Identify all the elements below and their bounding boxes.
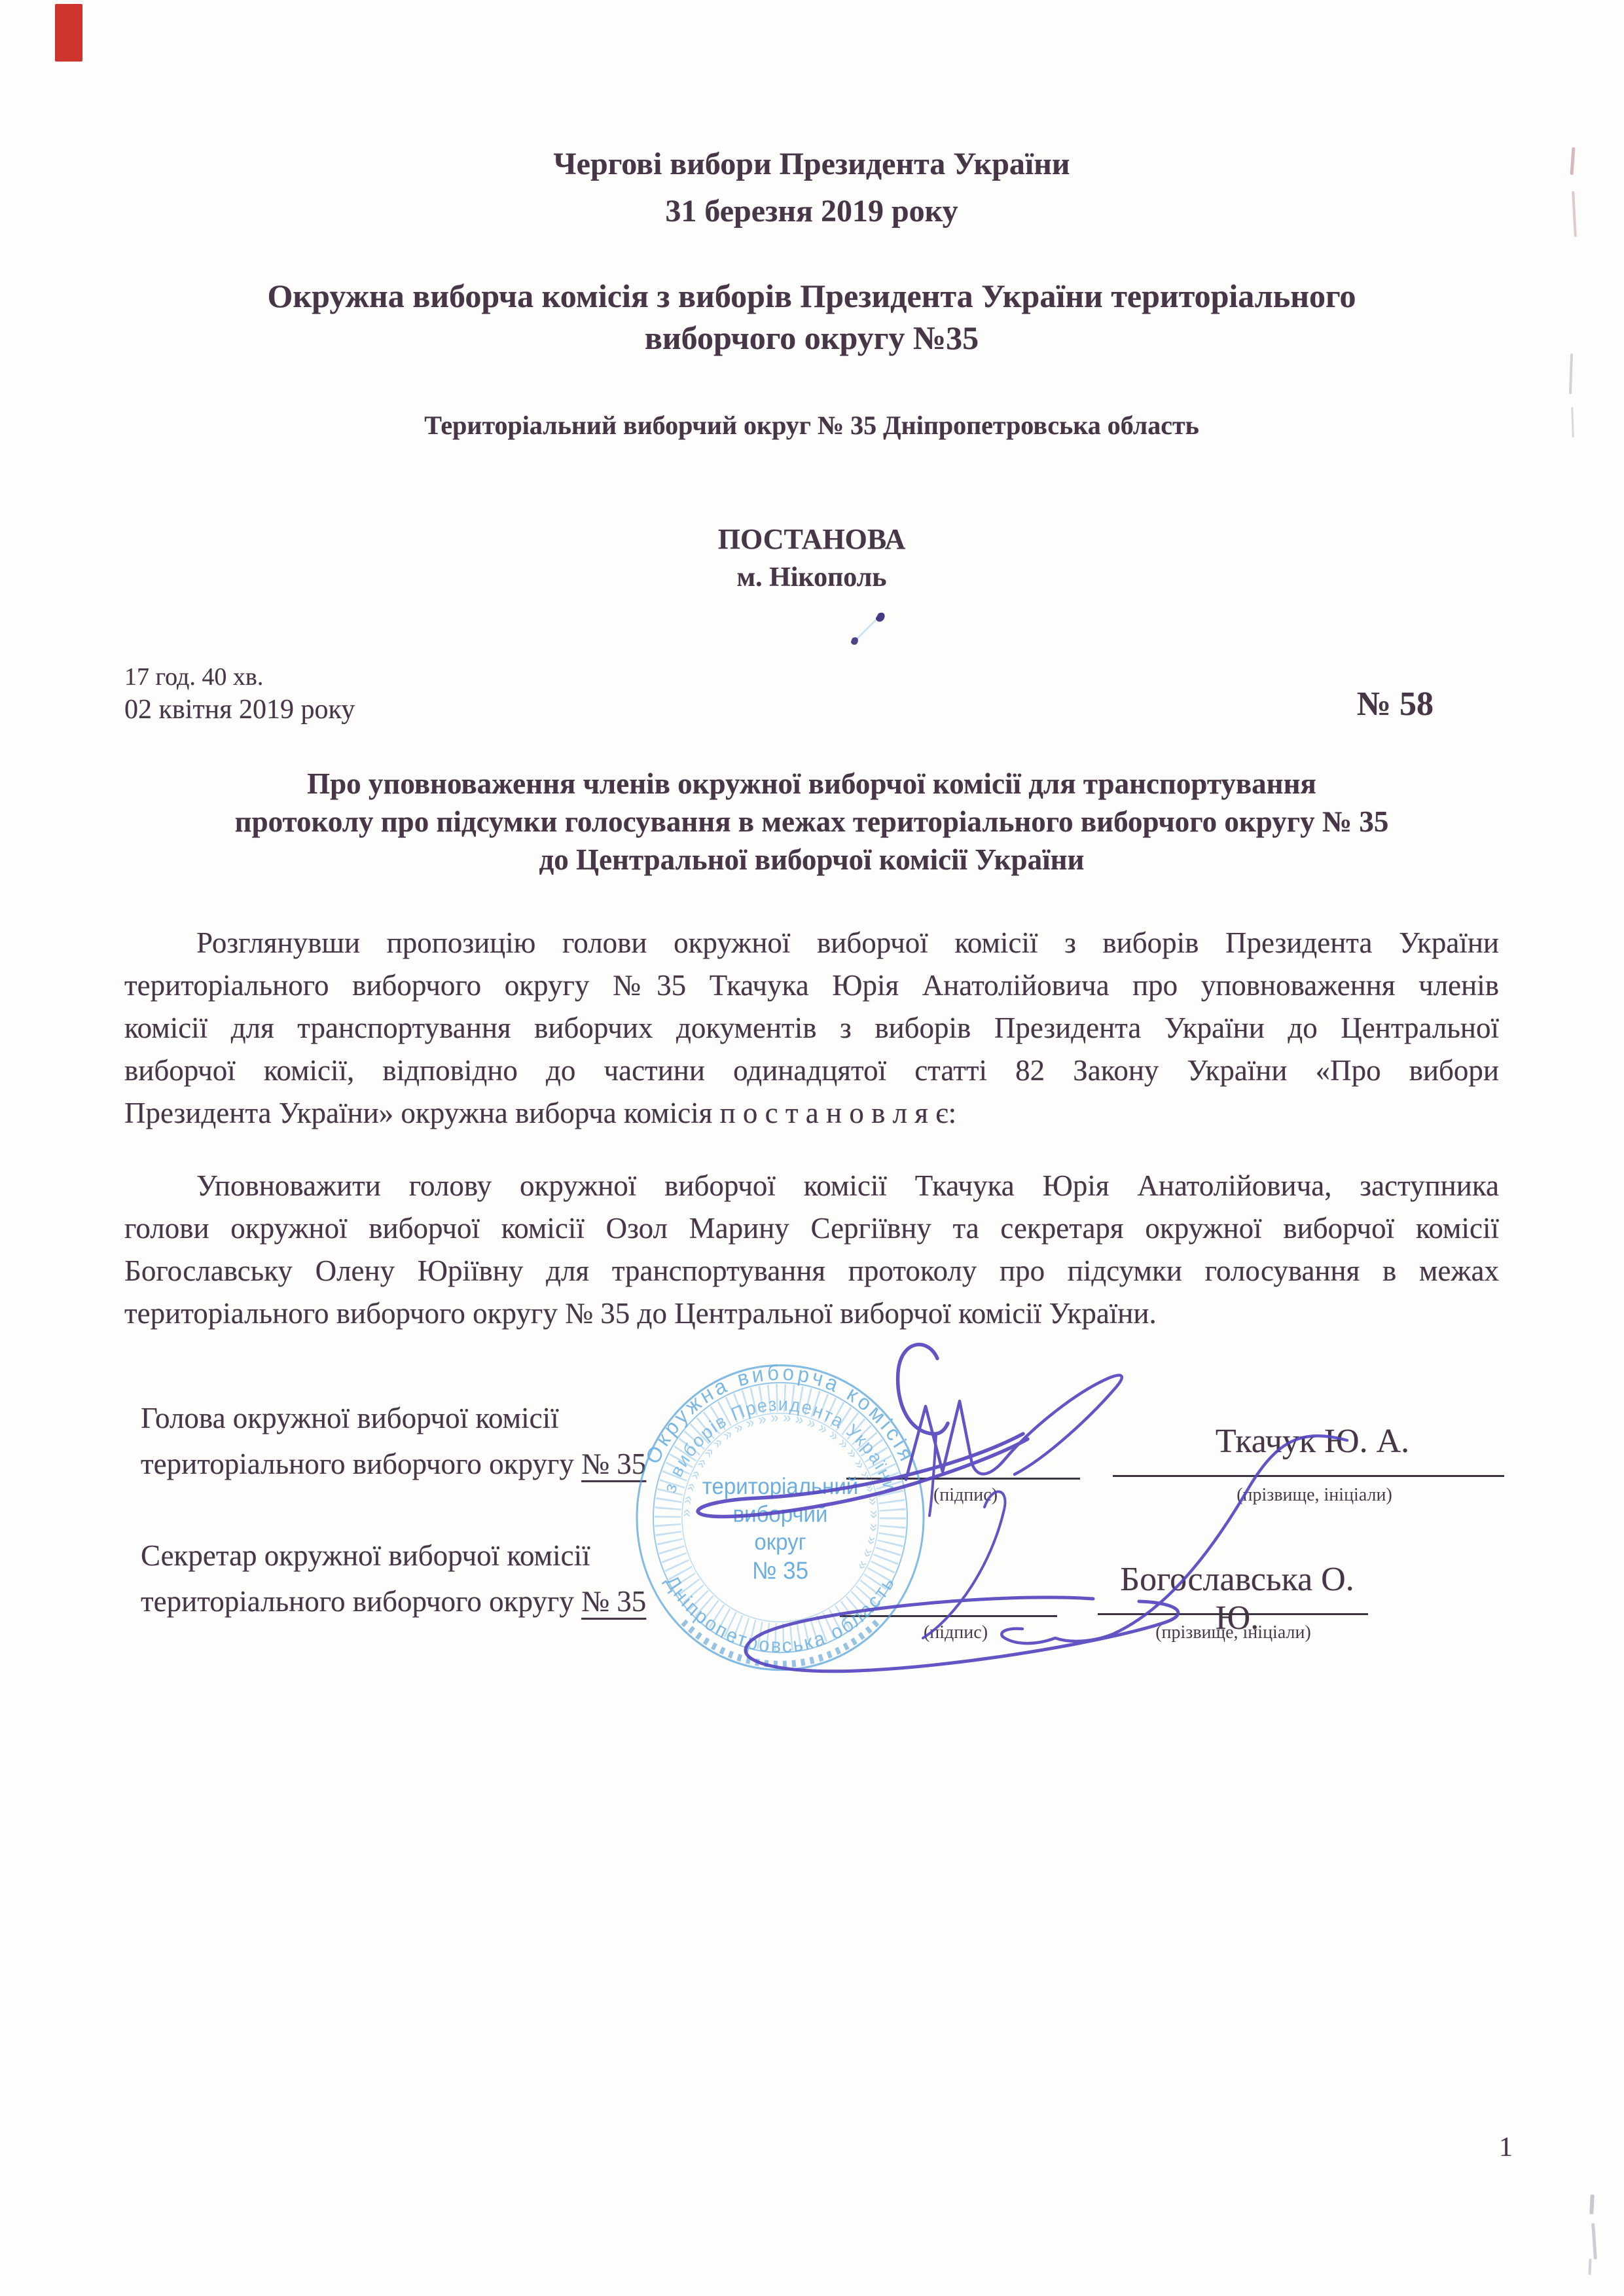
text-line: Президента України» окружна виборча комі… xyxy=(124,1092,1499,1135)
scan-artifact-mark xyxy=(1571,407,1574,437)
scan-artifact-mark xyxy=(1589,2259,1592,2275)
svg-text:Окружна виборча комісія: Окружна виборча комісія xyxy=(641,1360,920,1468)
svg-text:Дніпропетровська область: Дніпропетровська область xyxy=(661,1571,899,1657)
scan-artifact-mark xyxy=(1589,2195,1595,2214)
sign-caption: (підпис) xyxy=(900,1485,1031,1506)
doc-date: 02 квітня 2019 року xyxy=(124,694,355,725)
stamp-center-text: територіальний виборчий округ № 35 xyxy=(702,1474,858,1584)
scan-artifact-mark xyxy=(1572,191,1577,237)
commission-title: Окружна виборча комісія з виборів Презид… xyxy=(98,275,1525,359)
text-line: територіального виборчого округу №35 Тка… xyxy=(124,964,1499,1007)
text-line: Окружна виборча комісія з виборів Презид… xyxy=(98,275,1525,317)
signature-line xyxy=(840,1615,1057,1617)
signer1-role-line1: Голова окружної виборчої комісії xyxy=(141,1401,559,1435)
name-line xyxy=(1098,1613,1368,1615)
stamp-chevron-ring: »»»»»»»»»»»»»»»»»»»»»»»»»»»» xyxy=(677,1408,883,1578)
text-line: Богославську Олену Юріївну для транспорт… xyxy=(124,1250,1499,1292)
district-line: Територіальний виборчий округ № 35 Дніпр… xyxy=(124,410,1499,441)
election-title: Чергові вибори Президента України31 бере… xyxy=(124,141,1499,235)
text-line: 31 березня 2019 року xyxy=(124,188,1499,235)
doc-time: 17 год. 40 хв. xyxy=(124,663,263,691)
pen-mark-artifact xyxy=(838,599,910,671)
handwritten-signatures xyxy=(641,1336,1414,1702)
text-line: виборчого округу №35 xyxy=(98,317,1525,359)
scan-artifact-mark xyxy=(1569,354,1573,394)
name-caption: (прізвище, ініціали) xyxy=(1183,1485,1445,1506)
text-line: до Центральної виборчої комісії України xyxy=(98,841,1525,879)
commission-round-stamp: Окружна виборча комісія з виборів Презид… xyxy=(628,1357,933,1679)
stamp-arc-bottom-text: Дніпропетровська область xyxy=(661,1571,899,1657)
text-line: Розглянувши пропозицію голови окружної в… xyxy=(124,922,1499,964)
text-line: Уповноважити голову окружної виборчої ко… xyxy=(124,1165,1499,1207)
signer2-role-line1: Секретар окружної виборчої комісії xyxy=(141,1539,590,1573)
name-caption: (прізвище, ініціали) xyxy=(1102,1622,1364,1643)
signer2-role-prefix: територіального виборчого округу xyxy=(141,1585,581,1618)
svg-text:№ 35: № 35 xyxy=(752,1556,808,1584)
signer2-role-line2: територіального виборчого округу № 35 xyxy=(141,1584,646,1618)
svg-text:округ: округ xyxy=(754,1529,806,1555)
signer1-role-line2: територіального виборчого округу № 35 xyxy=(141,1447,646,1481)
svg-text:виборчий: виборчий xyxy=(733,1501,828,1527)
scan-artifact-mark xyxy=(55,4,82,62)
signer2-district-number: № 35 xyxy=(581,1585,646,1618)
doc-type-title: ПОСТАНОВА xyxy=(124,522,1499,556)
paragraph-preamble: Розглянувши пропозицію голови окружної в… xyxy=(124,922,1499,1135)
stamp-arc-top-text: Окружна виборча комісія xyxy=(641,1360,920,1468)
scanned-document-page: Чергові вибори Президента України31 бере… xyxy=(0,0,1624,2296)
name-line xyxy=(1113,1475,1504,1477)
doc-subject: Про уповноваження членів окружної виборч… xyxy=(98,765,1525,879)
svg-text:»»»»»»»»»»»»»»»»»»»»»»»»»»»»: »»»»»»»»»»»»»»»»»»»»»»»»»»»» xyxy=(677,1408,883,1578)
paragraph-decision: Уповноважити голову окружної виборчої ко… xyxy=(124,1165,1499,1335)
text-line: виборчої комісії, відповідно до частини … xyxy=(124,1049,1499,1092)
stamp-arc-mid-text: з виборів Президента України xyxy=(660,1394,901,1495)
text-line: Чергові вибори Президента України xyxy=(124,141,1499,188)
page-number: 1 xyxy=(1499,2132,1513,2163)
signature-line xyxy=(846,1478,1080,1480)
signer1-district-number: № 35 xyxy=(581,1448,646,1480)
text-line: протоколу про підсумки голосування в меж… xyxy=(98,803,1525,841)
text-line: Про уповноваження членів окружної виборч… xyxy=(98,765,1525,803)
text-line: голови окружної виборчої комісії Озол Ма… xyxy=(124,1207,1499,1250)
text-line: територіального виборчого округу № 35 до… xyxy=(124,1292,1499,1335)
signer1-role-prefix: територіального виборчого округу xyxy=(141,1448,581,1480)
text-line: комісії для транспортування виборчих док… xyxy=(124,1007,1499,1049)
scan-artifact-mark xyxy=(1591,2223,1597,2259)
svg-text:територіальний: територіальний xyxy=(702,1474,858,1499)
sign-caption: (підпис) xyxy=(890,1622,1021,1643)
scan-artifact-mark xyxy=(1570,147,1576,175)
doc-number: № 58 xyxy=(1293,685,1434,723)
doc-city: м. Нікополь xyxy=(124,562,1499,593)
svg-text:з виборів Президента України: з виборів Президента України xyxy=(660,1394,901,1495)
signer1-name: Ткачук Ю. А. xyxy=(1208,1422,1417,1461)
